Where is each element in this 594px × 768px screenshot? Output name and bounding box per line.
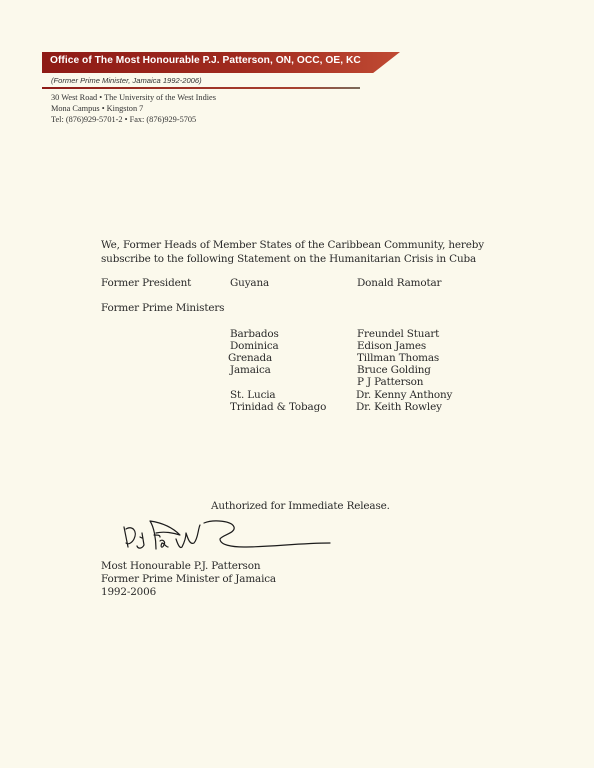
letterhead-subtitle: (Former Prime Minister, Jamaica 1992-200… xyxy=(51,76,202,85)
pm-name: Edison James xyxy=(357,340,426,352)
pm-name: Freundel Stuart xyxy=(357,328,439,340)
intro-line: subscribe to the following Statement on … xyxy=(101,253,476,265)
signature xyxy=(120,513,335,555)
pm-name: P J Patterson xyxy=(357,376,423,388)
pm-name: Dr. Kenny Anthony xyxy=(356,389,452,401)
release-note: Authorized for Immediate Release. xyxy=(211,500,390,512)
signatory-title: Former Prime Minister of Jamaica xyxy=(101,573,276,585)
letterhead-rule xyxy=(42,87,360,89)
former-prime-ministers-label: Former Prime Ministers xyxy=(101,302,224,314)
signatory-name: Most Honourable P.J. Patterson xyxy=(101,560,260,572)
signatory-years: 1992-2006 xyxy=(101,586,156,598)
pm-country: Grenada xyxy=(228,352,272,364)
former-president-name: Donald Ramotar xyxy=(357,277,441,289)
address-line: Tel: (876)929-5701-2 • Fax: (876)929-570… xyxy=(51,115,196,124)
office-title: Office of The Most Honourable P.J. Patte… xyxy=(50,55,361,66)
address-line: Mona Campus • Kingston 7 xyxy=(51,104,143,113)
former-president-country: Guyana xyxy=(230,277,269,289)
pm-country: Barbados xyxy=(230,328,279,340)
pm-name: Bruce Golding xyxy=(357,364,431,376)
pm-country: Trinidad & Tobago xyxy=(230,401,326,413)
address-line: 30 West Road • The University of the Wes… xyxy=(51,93,216,102)
pm-country: Jamaica xyxy=(230,364,271,376)
pm-name: Dr. Keith Rowley xyxy=(356,401,442,413)
pm-name: Tillman Thomas xyxy=(357,352,439,364)
pm-country: St. Lucia xyxy=(230,389,275,401)
intro-line: We, Former Heads of Member States of the… xyxy=(101,239,484,251)
pm-country: Dominica xyxy=(230,340,279,352)
former-president-label: Former President xyxy=(101,277,191,289)
